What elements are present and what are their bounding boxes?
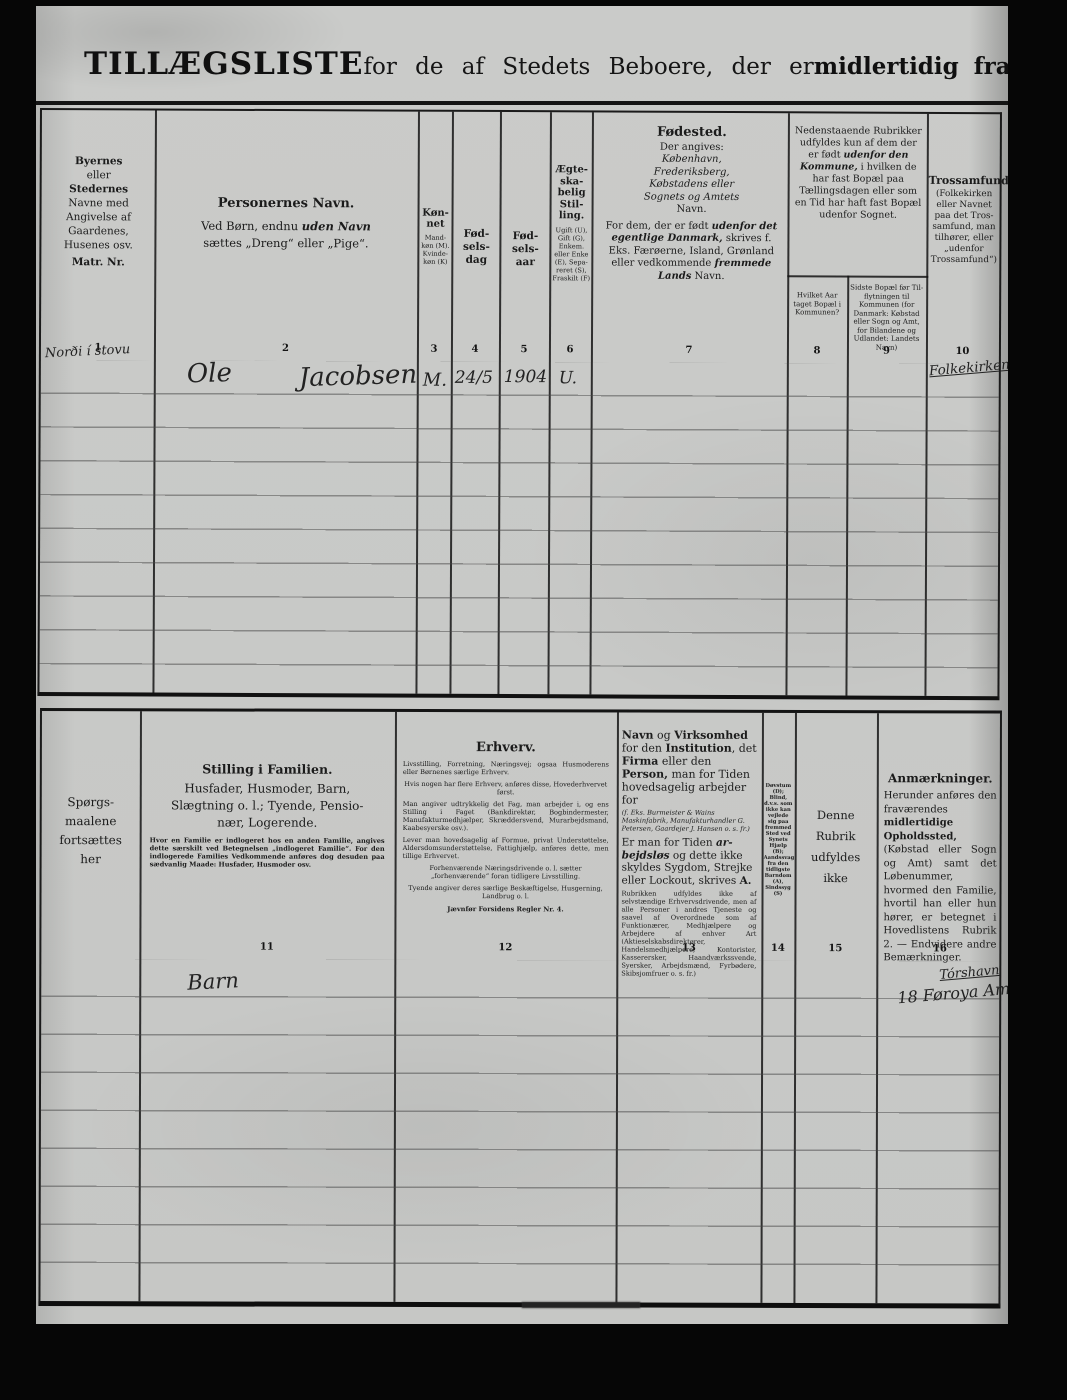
- column-header-birthplace: Fødested. Der angives: København, Freder…: [593, 126, 790, 283]
- header-text: Herunder anføres den fraværendes: [884, 790, 997, 815]
- column-header-marital: Ægte- ska- belig Stil- ling. Ugift (U), …: [551, 164, 592, 282]
- header-text: Lever man hovedsagelig af Formue, privat…: [403, 836, 609, 861]
- column-number-6: 6: [549, 344, 591, 355]
- header-text: Jævnfør Forsidens Regler Nr. 4.: [402, 905, 608, 914]
- header-text: Person,: [622, 768, 668, 781]
- entry-family-position: Barn: [187, 968, 240, 995]
- bottom-table: Spørgs- maalene fortsættes her Stilling …: [38, 708, 1002, 1309]
- header-text: og: [653, 729, 674, 742]
- header-text: Navn.: [691, 270, 724, 281]
- entry-first-name: Ole: [186, 358, 232, 389]
- entry-sex: M.: [423, 370, 447, 391]
- header-text: Er man for Tiden: [622, 837, 716, 849]
- column-header-name: Personernes Navn. Ved Børn, endnu uden N…: [154, 195, 417, 253]
- column-number-2: 2: [154, 342, 417, 354]
- header-text: Tyende angiver deres særlige Beskæftigel…: [402, 884, 608, 901]
- header-text: Mand-køn (M). Kvinde-køn (K): [419, 234, 451, 266]
- column-header-religion: Trossamfund (Folkekirken eller Navnet pa…: [928, 174, 999, 266]
- column-header-occupation: Erhverv. Livsstilling, Forretning, Nærin…: [394, 740, 616, 914]
- table-body-rules: [40, 959, 999, 1302]
- header-text: A.: [740, 874, 752, 886]
- column-number-11: 11: [139, 941, 394, 953]
- form-paper: TILLÆGSLISTE for de af Stedets Beboere, …: [36, 6, 1008, 1324]
- header-text: (Folkekirken eller Navnet paa det Tros­s…: [928, 189, 999, 266]
- column-header-last-residence: Sidste Bopæl før Til­flytningen til Komm…: [849, 284, 924, 352]
- column-number-3: 3: [417, 344, 451, 355]
- column-number-5: 5: [499, 344, 549, 355]
- column-number-10: 10: [926, 346, 999, 357]
- header-text: Fødested.: [594, 126, 790, 139]
- header-text: Køn- net: [419, 208, 451, 230]
- header-text: Byernes: [44, 154, 154, 168]
- header-text: Firma: [622, 755, 659, 768]
- column-number-16: 16: [876, 943, 1003, 954]
- header-text: Navne med Angivelse af Gaardenes, Husene…: [43, 196, 153, 252]
- column-number-9: 9: [847, 346, 926, 357]
- header-text: sættes „Dreng“ eller „Pige“.: [154, 235, 417, 253]
- entry-address: Norði í stovu: [45, 342, 131, 361]
- column-header-residence-group: Nedenstaaende Rubrikker udfyldes kun af …: [790, 125, 927, 222]
- header-text: Erhverv.: [403, 740, 609, 756]
- column-number-14: 14: [761, 943, 794, 954]
- column-header-birthyear: Fød- sels- aar: [501, 230, 549, 269]
- column-header-year-moved: Hvilket Aar taget Bopæl i Kommunen?: [789, 291, 845, 317]
- header-text: , det: [732, 742, 757, 755]
- entry-marital: U.: [559, 368, 577, 388]
- header-text: Hvis nogen har flere Erhverv, anføres di…: [403, 780, 609, 797]
- header-text: Ægte- ska- belig Stil- ling.: [552, 164, 592, 222]
- column-header-sex: Køn- net Mand-køn (M). Kvinde-køn (K): [419, 208, 451, 266]
- header-text: for den: [622, 742, 666, 755]
- column-number-4: 4: [451, 344, 499, 355]
- header-text: eller: [44, 168, 154, 182]
- header-text: Matr. Nr.: [43, 255, 153, 269]
- header-text: Stedernes: [44, 182, 154, 196]
- entry-birth-year: 1904: [504, 367, 547, 387]
- title-rule: [36, 101, 1008, 105]
- header-text: Navn: [622, 729, 654, 742]
- header-text: Ved Børn, endnu: [201, 219, 302, 233]
- page-title: TILLÆGSLISTE for de af Stedets Beboere, …: [84, 46, 1008, 82]
- page-title-main: TILLÆGSLISTE: [84, 46, 363, 82]
- header-text: Livsstilling, Forretning, Næringsvej; og…: [403, 760, 609, 777]
- entry-birth-day: 24/5: [455, 368, 493, 388]
- header-text: Institution: [665, 742, 731, 755]
- header-text: Trossamfund: [929, 174, 1000, 187]
- header-text: For dem, der er født: [606, 220, 712, 231]
- column-header-not-filled: Denne Rubrik udfyldes ikke: [795, 805, 877, 889]
- header-text: Virksomhed: [674, 729, 748, 742]
- header-text: Der angives:: [594, 141, 790, 154]
- header-text: Anmærkninger.: [884, 771, 997, 785]
- header-text: Hvor en Familie er indlogeret hos en and…: [140, 836, 395, 869]
- column-number-15: 15: [794, 943, 876, 954]
- column-number-8: 8: [787, 345, 847, 356]
- column-header-disabilities: Døvstum (D); Blind, d.v.s. som ikke kan …: [761, 783, 794, 939]
- header-text: Navn.: [594, 203, 790, 216]
- top-table: Byernes eller Stedernes Navne med Angive…: [37, 108, 1002, 700]
- header-text: Personernes Navn.: [155, 195, 418, 213]
- header-text: København, Frederiksberg, Købstadens ell…: [594, 153, 790, 204]
- entry-last-name: Jacobsen: [298, 360, 417, 394]
- column-header-birthday: Fød- sels- dag: [453, 228, 499, 267]
- header-text: Husfader, Husmoder, Barn, Slægtning o. l…: [140, 780, 395, 832]
- printer-imprint: [522, 1302, 640, 1308]
- header-text: eller den: [658, 755, 711, 768]
- page-title-end: midlertidig fraværende.: [814, 53, 1008, 80]
- grid-line: [787, 275, 928, 278]
- census-form-scan: TILLÆGSLISTE for de af Stedets Beboere, …: [0, 0, 1067, 1400]
- column-header-place: Byernes eller Stedernes Navne med Angive…: [43, 154, 154, 269]
- column-number-7: 7: [591, 344, 787, 356]
- page-title-mid: for de af Stedets Beboere, der er: [363, 54, 813, 80]
- column-number-13: 13: [616, 943, 761, 954]
- column-header-family-position: Stilling i Familien. Husfader, Husmoder,…: [140, 761, 395, 869]
- header-text: Man angiver udtrykkelig det Fag, man arb…: [403, 800, 609, 833]
- header-text: midlertidige Opholdssted,: [884, 817, 957, 842]
- header-text: (f. Eks. Burmeister & Wains Maskinfabrik…: [622, 809, 757, 833]
- column-header-remarks: Anmærkninger. Herunder anføres den fravæ…: [876, 771, 1004, 965]
- header-text: uden Navn: [302, 219, 371, 233]
- table-body-rules: [39, 360, 998, 698]
- header-text: Forhenværende Næringsdrivende o. l. sætt…: [403, 864, 609, 881]
- side-label-questions-continue: Spørgs- maalene fortsættes her: [42, 793, 140, 869]
- header-text: Ugift (U), Gift (G), Enkem. eller Enke (…: [551, 226, 591, 282]
- header-text: Stilling i Familien.: [140, 761, 395, 777]
- column-number-12: 12: [394, 942, 616, 954]
- column-header-employer: Navn og Virksomhed for den Institution, …: [616, 729, 762, 978]
